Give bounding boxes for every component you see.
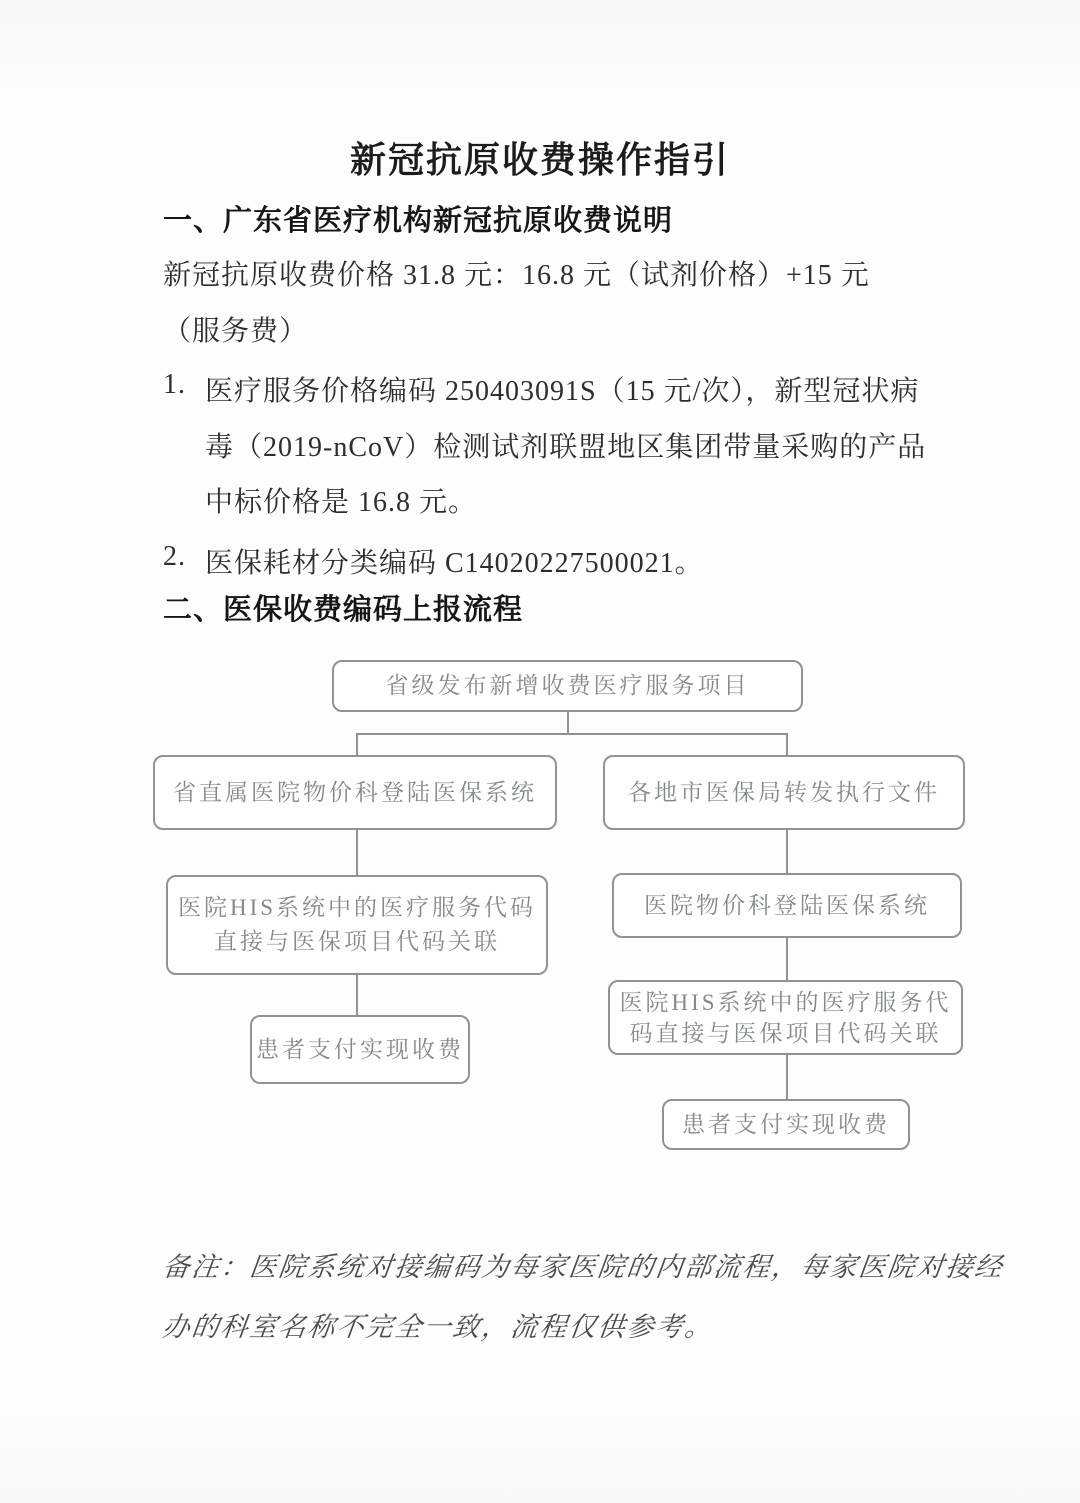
flowchart-box-text: 省直属医院物价科登陆医保系统 [173, 776, 537, 810]
section2-heading: 二、医保收费编码上报流程 [163, 587, 523, 628]
flowchart-box-left-3: 患者支付实现收费 [250, 1015, 470, 1084]
list-item-marker: 1. [163, 369, 186, 401]
flowchart-box-text: 患者支付实现收费 [682, 1108, 890, 1142]
list-item-line: 医疗服务价格编码 250403091S（15 元/次），新型冠状病 [205, 369, 919, 409]
connector-branch-bar [356, 733, 788, 735]
flowchart-box-text: 医院物价科登陆医保系统 [644, 889, 930, 923]
list-item-line: 中标价格是 16.8 元。 [205, 480, 477, 520]
flowchart-box-right-3: 医院HIS系统中的医疗服务代 码直接与医保项目代码关联 [608, 980, 963, 1055]
list-item-marker: 2. [163, 541, 186, 573]
flowchart-box-text: 直接与医保项目代码关联 [214, 925, 500, 959]
list-item-line: 医保耗材分类编码 C14020227500021。 [205, 541, 704, 581]
flowchart-box-root: 省级发布新增收费医疗服务项目 [332, 660, 803, 712]
flowchart-box-text: 医院HIS系统中的医疗服务代 [619, 987, 951, 1018]
flowchart-box-left-2: 医院HIS系统中的医疗服务代码 直接与医保项目代码关联 [166, 875, 548, 975]
connector-right-3 [786, 1055, 788, 1099]
flowchart-box-right-4: 患者支付实现收费 [662, 1099, 910, 1150]
note-line: 备注：医院系统对接编码为每家医院的内部流程，每家医院对接经 [161, 1245, 1007, 1284]
connector-left-drop [356, 733, 358, 755]
connector-left-1 [356, 830, 358, 875]
connector-right-drop [786, 733, 788, 755]
connector-root-stem [567, 712, 569, 733]
flowchart-box-left-1: 省直属医院物价科登陆医保系统 [153, 755, 557, 830]
flowchart-box-right-2: 医院物价科登陆医保系统 [612, 873, 962, 938]
connector-left-2 [356, 975, 358, 1015]
note-line: 办的科室名称不完全一致，流程仅供参考。 [161, 1305, 717, 1344]
page-title: 新冠抗原收费操作指引 [0, 132, 1080, 183]
flowchart-box-text: 各地市医保局转发执行文件 [628, 776, 940, 810]
document-page: 新冠抗原收费操作指引 一、广东省医疗机构新冠抗原收费说明 新冠抗原收费价格 31… [0, 0, 1080, 1503]
section1-heading: 一、广东省医疗机构新冠抗原收费说明 [163, 198, 673, 239]
connector-right-1 [786, 830, 788, 873]
paragraph-line: （服务费） [163, 309, 308, 349]
flowchart-box-text: 医院HIS系统中的医疗服务代码 [178, 891, 536, 925]
paragraph-line: 新冠抗原收费价格 31.8 元：16.8 元（试剂价格）+15 元 [163, 253, 870, 293]
flowchart-box-text: 码直接与医保项目代码关联 [630, 1018, 942, 1049]
list-item-line: 毒（2019-nCoV）检测试剂联盟地区集团带量采购的产品 [205, 425, 926, 465]
flowchart-box-right-1: 各地市医保局转发执行文件 [603, 755, 965, 830]
connector-right-2 [786, 938, 788, 980]
flowchart-box-text: 患者支付实现收费 [256, 1033, 464, 1067]
flowchart-box-text: 省级发布新增收费医疗服务项目 [386, 669, 750, 703]
